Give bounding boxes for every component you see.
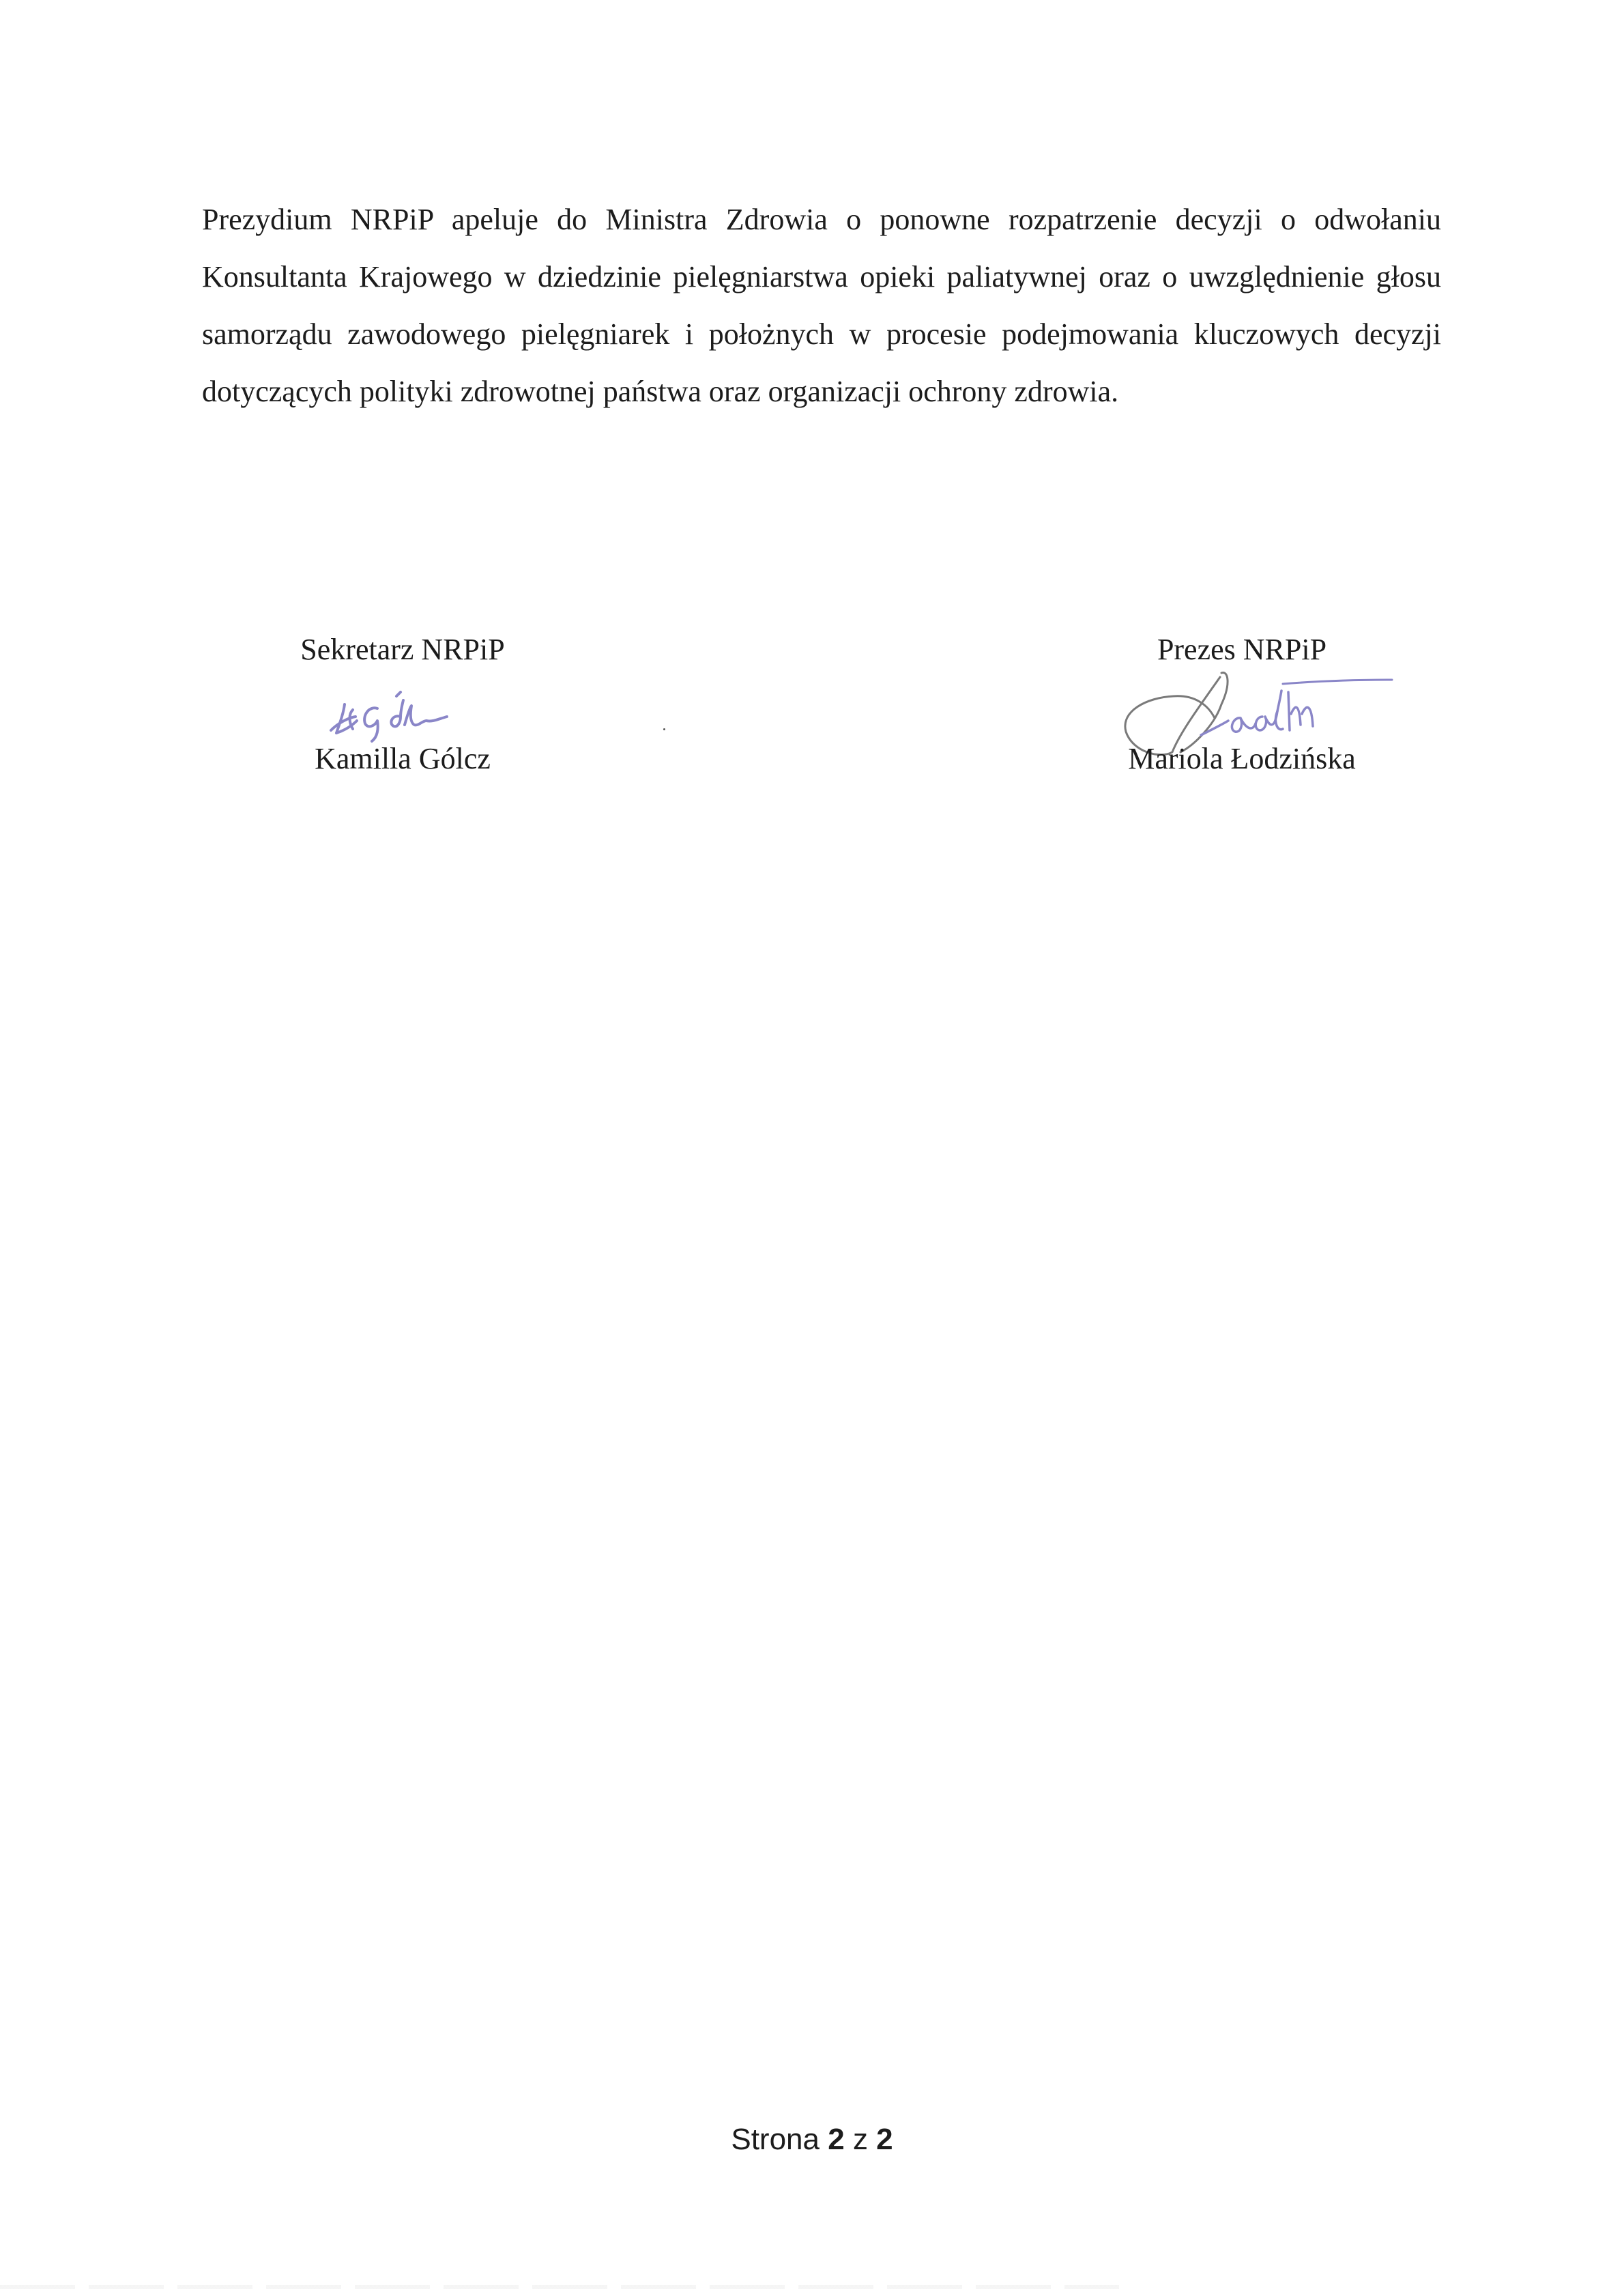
scan-edge-artifact	[0, 2285, 1119, 2289]
page-number-footer: Strona 2 z 2	[0, 2123, 1624, 2157]
appeal-paragraph: Prezydium NRPiP apeluje do Ministra Zdro…	[202, 191, 1441, 420]
signatory-title: Sekretarz NRPiP	[266, 629, 539, 670]
page-label: Strona	[731, 2123, 820, 2156]
signature-block-president: Prezes NRPiP Mariola Łodzińska	[1092, 629, 1392, 670]
page-separator: z	[853, 2123, 868, 2156]
document-page: Prezydium NRPiP apeluje do Ministra Zdro…	[0, 0, 1624, 2296]
handwritten-signature-icon	[324, 691, 454, 745]
signatory-name: Kamilla Gólcz	[266, 738, 539, 779]
signatory-title: Prezes NRPiP	[1092, 629, 1392, 670]
total-pages-number: 2	[876, 2123, 893, 2156]
scan-speck	[663, 728, 665, 730]
signatory-name: Mariola Łodzińska	[1092, 738, 1392, 779]
signature-block-secretary: Sekretarz NRPiP Kamilla Gólcz	[266, 629, 539, 670]
current-page-number: 2	[828, 2123, 844, 2156]
